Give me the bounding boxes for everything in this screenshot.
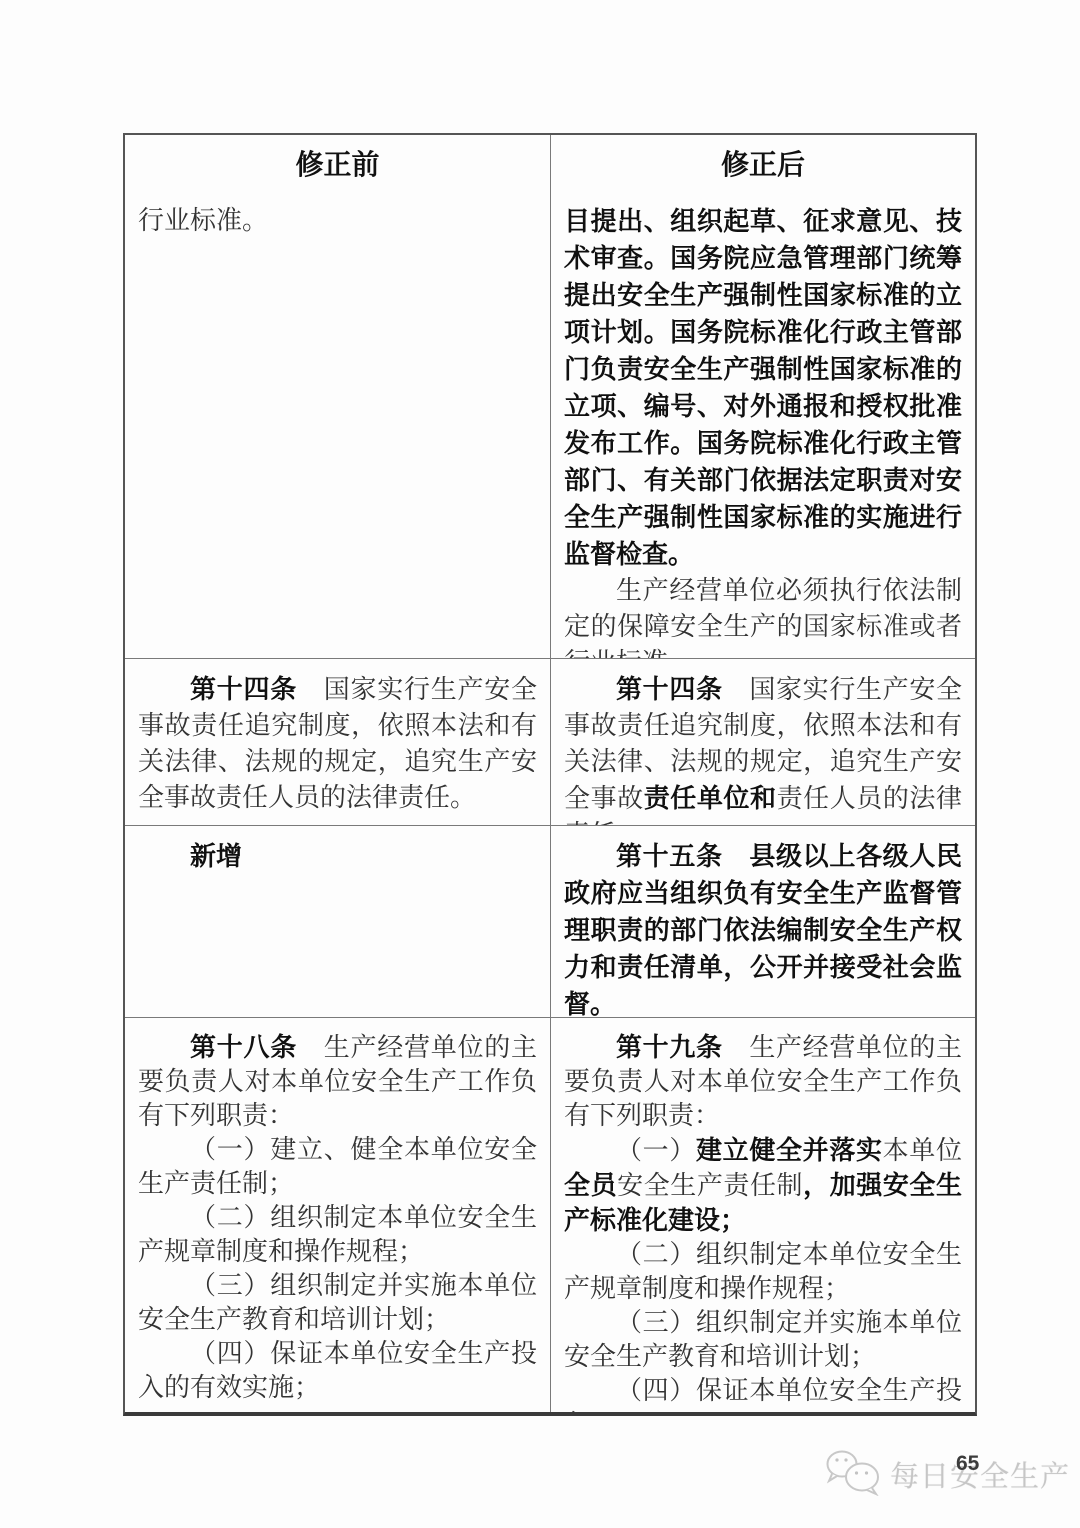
paragraph: 目提出、组织起草、征求意见、技术审查。国务院应急管理部门统筹提出安全生产强制性国… (564, 203, 962, 573)
paragraph: （四）保证本单位安全生产投入的有效实施； (138, 1337, 537, 1405)
paragraph: 生产经营单位必须执行依法制定的保障安全生产的国家标准或者行业标准。 (564, 573, 962, 658)
text-run: 安全生产责任制 (617, 1171, 803, 1200)
table-row: 行业标准。目提出、组织起草、征求意见、技术审查。国务院应急管理部门统筹提出安全生… (125, 191, 975, 658)
amended-text-run: 建立健全并落实 (696, 1135, 883, 1165)
text-run: 本单位 (883, 1136, 962, 1165)
text-run: （四）保证本单位安全生产投入的有效实施； (138, 1339, 537, 1402)
text-run: （一）建立、健全本单位安全生产责任制； (138, 1135, 537, 1198)
cell-before: 第十四条 国家实行生产安全事故责任追究制度，依照本法和有关法律、法规的规定，追究… (125, 659, 551, 825)
comparison-table: 修正前 修正后 行业标准。目提出、组织起草、征求意见、技术审查。国务院应急管理部… (123, 133, 977, 1416)
cell-after: 第十五条 县级以上各级人民政府应当组织负有安全生产监督管理职责的部门依法编制安全… (551, 826, 975, 1017)
table-header-after: 修正后 (551, 135, 975, 191)
watermark: 每日安全生产 (822, 1448, 1070, 1501)
text-run: （一） (616, 1136, 696, 1165)
paragraph: （三）组织制定并实施本单位安全生产教育和培训计划； (564, 1306, 962, 1374)
table-row: 第十八条 生产经营单位的主要负责人对本单位安全生产工作负有下列职责：（一）建立、… (125, 1017, 975, 1412)
paragraph: 行业标准。 (138, 203, 537, 239)
paragraph: 第十九条 生产经营单位的主要负责人对本单位安全生产工作负有下列职责： (564, 1030, 962, 1133)
text-run: （三）组织制定并实施本单位安全生产教育和培训计划； (138, 1271, 537, 1334)
amended-text-run: 第十九条 (616, 1032, 723, 1062)
paragraph: 第十四条 国家实行生产安全事故责任追究制度，依照本法和有关法律、法规的规定，追究… (564, 671, 962, 825)
cell-before: 新增 (125, 826, 551, 1017)
chat-bubbles-icon (822, 1448, 884, 1501)
cell-after: 目提出、组织起草、征求意见、技术审查。国务院应急管理部门统筹提出安全生产强制性国… (551, 191, 975, 658)
table-row: 第十四条 国家实行生产安全事故责任追究制度，依照本法和有关法律、法规的规定，追究… (125, 658, 975, 825)
text-run: 行业标准。 (138, 206, 268, 235)
paragraph: （一）建立、健全本单位安全生产责任制； (138, 1133, 537, 1201)
cell-before: 行业标准。 (125, 191, 551, 658)
amended-text-run: 目提出、组织起草、征求意见、技术审查。国务院应急管理部门统筹提出安全生产强制性国… (564, 206, 962, 569)
amended-text-run: 第十四条 (616, 674, 723, 704)
paragraph: 新增 (138, 838, 537, 875)
paragraph: 第十五条 县级以上各级人民政府应当组织负有安全生产监督管理职责的部门依法编制安全… (564, 838, 962, 1017)
page-number: 65 (956, 1452, 979, 1476)
document-page: 修正前 修正后 行业标准。目提出、组织起草、征求意见、技术审查。国务院应急管理部… (0, 0, 1080, 1528)
amended-text-run: 第十四条 (190, 674, 297, 704)
paragraph: （四）保证本单位安全生产投入 (564, 1374, 962, 1412)
text-run: （二）组织制定本单位安全生产规章制度和操作规程； (138, 1203, 537, 1266)
amended-text-run: 全员 (564, 1170, 617, 1200)
amended-text-run: 责任单位和 (644, 783, 777, 813)
paragraph: （一）建立健全并落实本单位全员安全生产责任制，加强安全生产标准化建设； (564, 1133, 962, 1238)
cell-after: 第十四条 国家实行生产安全事故责任追究制度，依照本法和有关法律、法规的规定，追究… (551, 659, 975, 825)
amended-text-run: 第十五条 县级以上各级人民政府应当组织负有安全生产监督管理职责的部门依法编制安全… (564, 841, 962, 1017)
cell-before: 第十八条 生产经营单位的主要负责人对本单位安全生产工作负有下列职责：（一）建立、… (125, 1018, 551, 1412)
paragraph: （二）组织制定本单位安全生产规章制度和操作规程； (564, 1238, 962, 1306)
table-body: 行业标准。目提出、组织起草、征求意见、技术审查。国务院应急管理部门统筹提出安全生… (125, 191, 975, 1412)
cell-after: 第十九条 生产经营单位的主要负责人对本单位安全生产工作负有下列职责：（一）建立健… (551, 1018, 975, 1412)
text-run: （四）保证本单位安全生产投入 (564, 1376, 962, 1412)
paragraph: （三）组织制定并实施本单位安全生产教育和培训计划； (138, 1269, 537, 1337)
table-header-row: 修正前 修正后 (125, 135, 975, 191)
watermark-brand-label: 每日安全生产 (890, 1454, 1070, 1495)
text-run: （二）组织制定本单位安全生产规章制度和操作规程； (564, 1240, 962, 1303)
table-row: 新增第十五条 县级以上各级人民政府应当组织负有安全生产监督管理职责的部门依法编制… (125, 825, 975, 1017)
paragraph: （二）组织制定本单位安全生产规章制度和操作规程； (138, 1201, 537, 1269)
text-run: 生产经营单位必须执行依法制定的保障安全生产的国家标准或者行业标准。 (564, 576, 962, 658)
paragraph: 第十八条 生产经营单位的主要负责人对本单位安全生产工作负有下列职责： (138, 1030, 537, 1133)
text-run: （三）组织制定并实施本单位安全生产教育和培训计划； (564, 1308, 962, 1371)
amended-text-run: 新增 (190, 841, 242, 871)
amended-text-run: 第十八条 (190, 1032, 297, 1062)
table-header-before: 修正前 (125, 135, 551, 191)
paragraph: 第十四条 国家实行生产安全事故责任追究制度，依照本法和有关法律、法规的规定，追究… (138, 671, 537, 816)
